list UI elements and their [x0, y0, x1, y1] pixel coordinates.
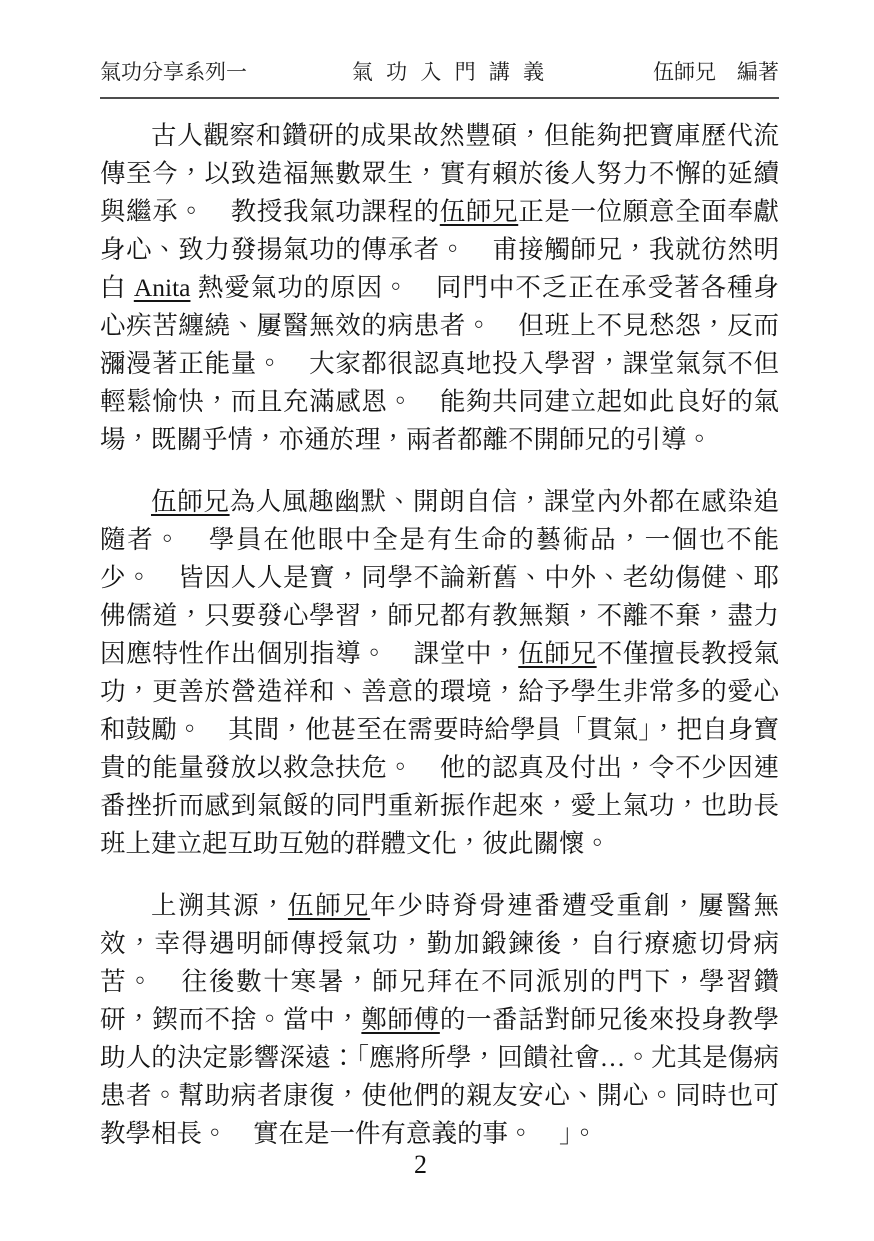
body-paragraphs: 古人觀察和鑽研的成果故然豐碩，但能夠把寶庫歷代流傳至今，以致造福無數眾生，實有賴…: [100, 117, 779, 1177]
header-series-title: 氣功分享系列一: [100, 56, 247, 86]
document-page: 氣功分享系列一 氣 功 入 門 講 義 伍師兄 編著 古人觀察和鑽研的成果故然豐…: [0, 0, 874, 1241]
underlined-name: Anita: [134, 273, 191, 302]
page-number: 2: [100, 1150, 741, 1180]
underlined-name: 伍師兄: [518, 639, 596, 668]
paragraph: 上溯其源，伍師兄年少時脊骨連番遭受重創，屢醫無效，幸得遇明師傳授氣功，勤加鍛鍊後…: [100, 887, 779, 1153]
paragraph: 古人觀察和鑽研的成果故然豐碩，但能夠把寶庫歷代流傳至今，以致造福無數眾生，實有賴…: [100, 117, 779, 459]
header-author: 伍師兄 編著: [653, 56, 779, 86]
underlined-name: 伍師兄: [151, 487, 230, 516]
page-header: 氣功分享系列一 氣 功 入 門 講 義 伍師兄 編著: [100, 56, 779, 99]
underlined-name: 伍師兄: [288, 891, 370, 920]
text-segment: 熱愛氣功的原因。 同門中不乏正在承受著各種身心疾苦纏繞、屢醫無效的病患者。 但班…: [100, 273, 779, 454]
paragraph: 伍師兄為人風趣幽默、開朗自信，課堂內外都在感染追隨者。 學員在他眼中全是有生命的…: [100, 483, 779, 863]
text-segment: 上溯其源，: [151, 891, 288, 920]
header-document-title: 氣 功 入 門 講 義: [352, 56, 548, 86]
underlined-name: 伍師兄: [440, 197, 518, 226]
text-segment: 不僅擅長教授氣功，更善於營造祥和、善意的環境，給予學生非常多的愛心和鼓勵。 其間…: [100, 639, 779, 858]
underlined-name: 鄭師傅: [361, 1005, 439, 1034]
